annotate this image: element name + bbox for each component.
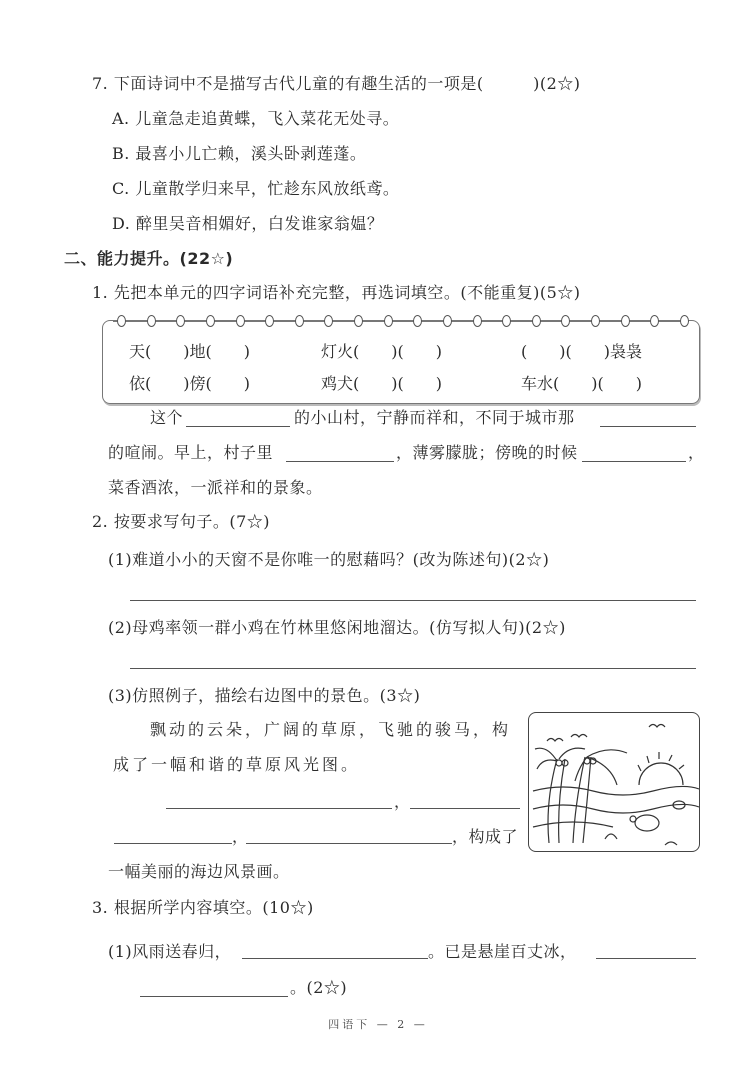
blank-10[interactable] [596, 958, 696, 959]
s2q3-sub1-c: 。(2☆) [290, 978, 347, 998]
idiom-5[interactable]: 鸡犬( )( ) [321, 371, 442, 394]
blank-4[interactable] [582, 461, 686, 462]
idiom-2[interactable]: 灯火( )( ) [321, 339, 442, 362]
answer-line-2[interactable] [130, 668, 696, 669]
spiral-rings [117, 315, 689, 327]
s2q2-stem: 2. 按要求写句子。(7☆) [92, 512, 270, 532]
page-footer: 四语下 — 2 — [0, 1016, 756, 1032]
section-title: 二、能力提升。(22☆) [64, 246, 233, 269]
q7-option-a[interactable]: A. 儿童急走追黄蝶，飞入菜花无处寻。 [112, 109, 399, 129]
comma-2: ， [232, 827, 249, 847]
q7-option-b[interactable]: B. 最喜小儿亡赖，溪头卧剥莲蓬。 [112, 144, 366, 164]
blank-2[interactable] [600, 426, 696, 427]
beach-scene-icon [529, 713, 699, 851]
blank-5[interactable] [166, 808, 392, 809]
blank-6[interactable] [410, 808, 520, 809]
s2q2-sub1: (1)难道小小的天窗不是你唯一的慰藉吗？(改为陈述句)(2☆) [108, 550, 549, 570]
beach-picture [528, 712, 700, 852]
s2q2-sub3: (3)仿照例子，描绘右边图中的景色。(3☆) [108, 686, 420, 706]
s2q3-sub1-a: (1)风雨送春归， [108, 942, 231, 962]
para-line1-a: 这个 [150, 408, 183, 428]
goucheng-text: ，构成了 [452, 827, 518, 847]
q7-stem: 7. 下面诗词中不是描写古代儿童的有趣生活的一项是( )(2☆) [92, 74, 581, 94]
blank-1[interactable] [186, 426, 290, 427]
s2q1-stem: 1. 先把本单元的四字词语补充完整，再选词填空。(不能重复)(5☆) [92, 283, 581, 303]
s2q3-stem: 3. 根据所学内容填空。(10☆) [92, 898, 314, 918]
word-box: 天( )地( ) 灯火( )( ) ( )( )袅袅 依( )傍( ) 鸡犬( … [102, 320, 700, 404]
s2q2-sub2: (2)母鸡率领一群小鸡在竹林里悠闲地溜达。(仿写拟人句)(2☆) [108, 618, 566, 638]
blank-11[interactable] [140, 996, 288, 997]
example-line1: 飘动的云朵，广阔的草原，飞驰的骏马，构 [150, 720, 511, 740]
para-line2-b: ，薄雾朦胧；傍晚的时候 [396, 443, 578, 463]
para-line3: 菜香酒浓，一派祥和的景象。 [108, 478, 323, 498]
blank-9[interactable] [242, 958, 428, 959]
answer-line-1[interactable] [130, 600, 696, 601]
blank-3[interactable] [286, 461, 394, 462]
idiom-6[interactable]: 车水( )( ) [521, 371, 642, 394]
s2q3-sub1-b: 。已是悬崖百丈冰， [428, 942, 577, 962]
para-line1-b: 的小山村，宁静而祥和，不同于城市那 [294, 408, 575, 428]
blank-7[interactable] [114, 843, 232, 844]
ending-line: 一幅美丽的海边风景画。 [108, 862, 290, 882]
example-line2: 成了一幅和谐的草原风光图。 [113, 755, 360, 775]
q7-option-d[interactable]: D. 醉里吴音相媚好，白发谁家翁媪？ [112, 214, 383, 234]
blank-8[interactable] [246, 843, 452, 844]
idiom-3[interactable]: ( )( )袅袅 [521, 339, 642, 362]
idiom-1[interactable]: 天( )地( ) [129, 339, 250, 362]
para-line2-c: ， [688, 443, 705, 463]
q7-option-c[interactable]: C. 儿童散学归来早，忙趁东风放纸鸢。 [112, 179, 399, 199]
para-line2-a: 的喧闹。早上，村子里 [108, 443, 273, 463]
idiom-4[interactable]: 依( )傍( ) [129, 371, 250, 394]
comma-1: ， [394, 792, 411, 812]
